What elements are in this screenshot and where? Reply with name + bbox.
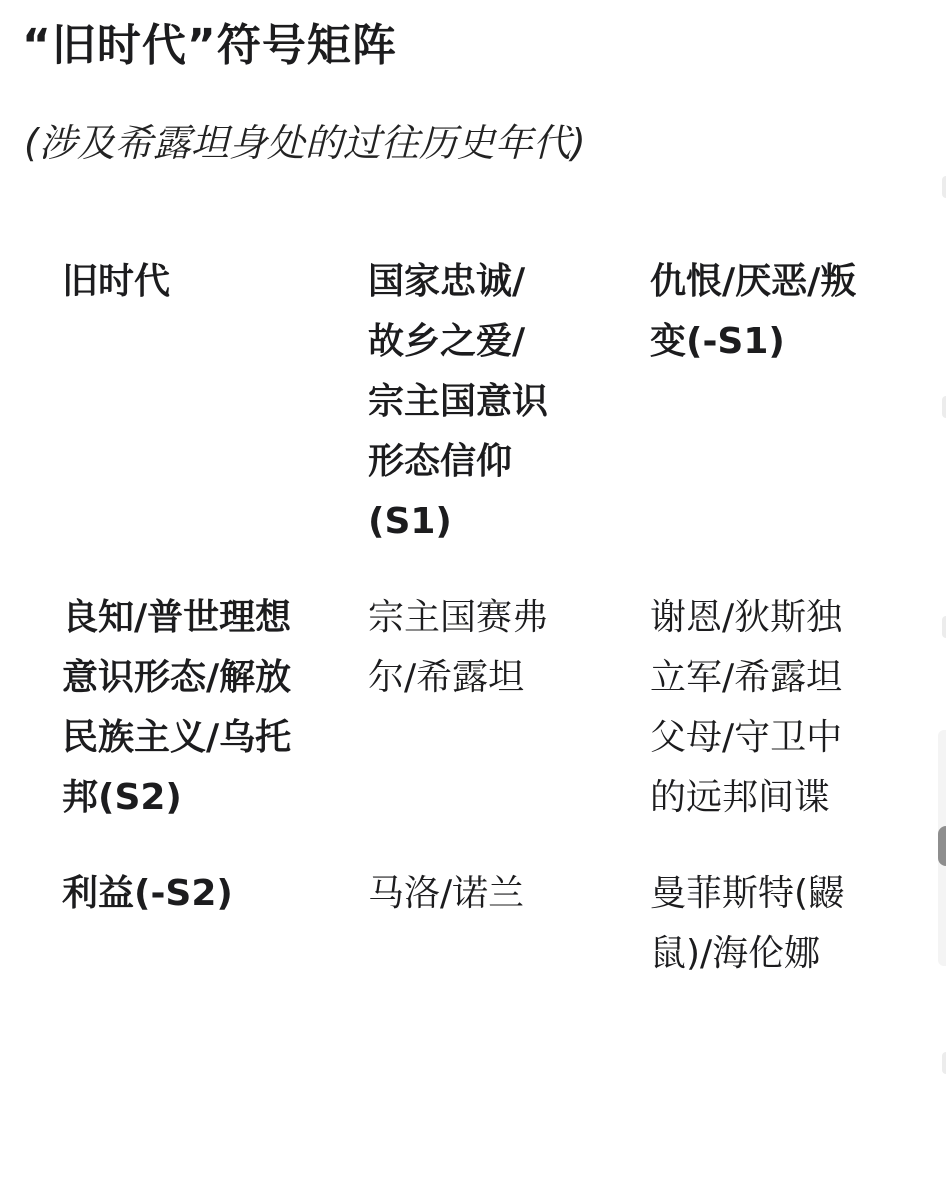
scrollbar-thumb[interactable] xyxy=(938,826,946,866)
edge-marker xyxy=(942,396,946,418)
table-cell: 国家忠诚/故乡之爱/宗主国意识形态信仰(S1) xyxy=(368,252,650,588)
column-header-s1: 国家忠诚/故乡之爱/宗主国意识形态信仰(S1) xyxy=(368,252,554,552)
edge-marker xyxy=(942,176,946,198)
page-subtitle: (涉及希露坦身处的过往历史年代) xyxy=(24,116,586,170)
table-row: 利益(-S2) 马洛/诺兰 曼菲斯特(鼹鼠)/海伦娜 xyxy=(62,864,880,1020)
table-cell: 利益(-S2) xyxy=(62,864,368,1020)
edge-marker xyxy=(942,616,946,638)
row-header-neg-s2: 利益(-S2) xyxy=(62,864,298,924)
symbol-matrix-table: 旧时代 国家忠诚/故乡之爱/宗主国意识形态信仰(S1) 仇恨/厌恶/叛变(-S1… xyxy=(62,252,880,1020)
table-row: 良知/普世理想意识形态/解放民族主义/乌托邦(S2) 宗主国赛弗尔/希露坦 谢恩… xyxy=(62,588,880,864)
table-row: 旧时代 国家忠诚/故乡之爱/宗主国意识形态信仰(S1) 仇恨/厌恶/叛变(-S1… xyxy=(62,252,880,588)
column-header-neg-s1: 仇恨/厌恶/叛变(-S1) xyxy=(650,252,865,372)
edge-marker xyxy=(942,1052,946,1074)
table-cell: 旧时代 xyxy=(62,252,368,588)
row-header-s2: 良知/普世理想意识形态/解放民族主义/乌托邦(S2) xyxy=(62,588,298,828)
cell-s2-s1: 宗主国赛弗尔/希露坦 xyxy=(368,588,554,708)
table-cell: 曼菲斯特(鼹鼠)/海伦娜 xyxy=(650,864,880,1020)
table-cell: 良知/普世理想意识形态/解放民族主义/乌托邦(S2) xyxy=(62,588,368,864)
cell-neg-s2-s1: 马洛/诺兰 xyxy=(368,864,554,924)
table-cell: 谢恩/狄斯独立军/希露坦父母/守卫中的远邦间谍 xyxy=(650,588,880,864)
cell-neg-s2-neg-s1: 曼菲斯特(鼹鼠)/海伦娜 xyxy=(650,864,865,984)
page-title: “旧时代”符号矩阵 xyxy=(22,16,397,76)
table-cell: 马洛/诺兰 xyxy=(368,864,650,1020)
table-cell: 仇恨/厌恶/叛变(-S1) xyxy=(650,252,880,588)
cell-s2-neg-s1: 谢恩/狄斯独立军/希露坦父母/守卫中的远邦间谍 xyxy=(650,588,865,828)
row-header-old-era: 旧时代 xyxy=(62,252,298,312)
table-cell: 宗主国赛弗尔/希露坦 xyxy=(368,588,650,864)
